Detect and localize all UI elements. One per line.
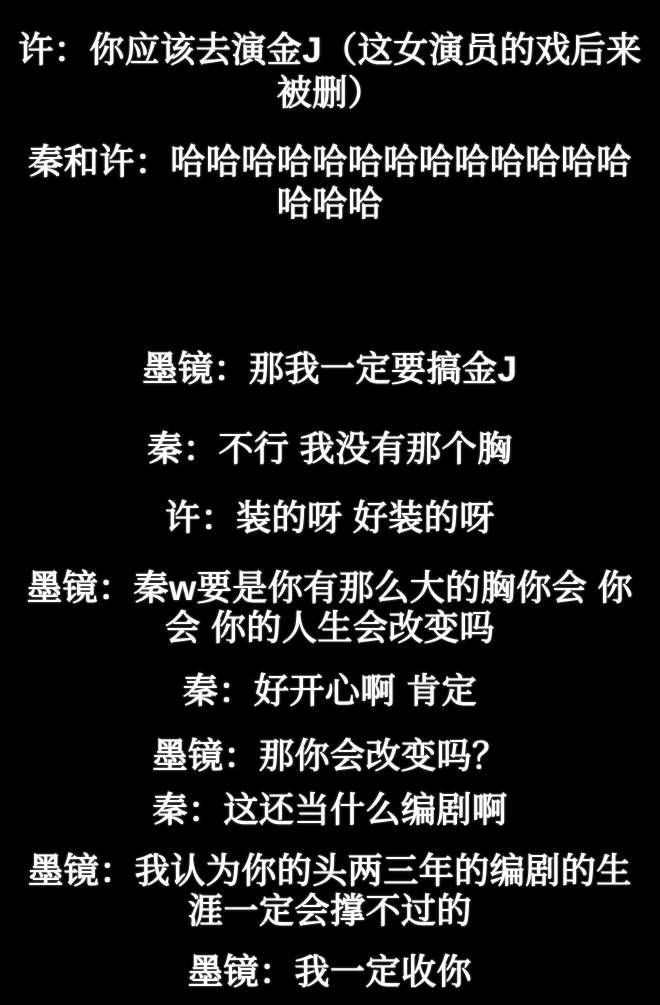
subtitle-line: 许：你应该去演金J（这女演员的戏后来 (0, 31, 660, 70)
subtitle-line: 被删） (0, 74, 660, 113)
subtitle-line: 墨镜：我认为你的头两三年的编剧的生 (0, 852, 660, 891)
subtitle-collage-canvas: 许：你应该去演金J（这女演员的戏后来 被删） 秦和许：哈哈哈哈哈哈哈哈哈哈哈哈哈… (0, 0, 660, 1005)
subtitle-line: 会 你的人生会改变吗 (0, 609, 660, 648)
subtitle-line: 墨镜：那你会改变吗？ (0, 737, 660, 776)
subtitle-line: 秦：不行 我没有那个胸 (0, 430, 660, 469)
subtitle-line: 秦和许：哈哈哈哈哈哈哈哈哈哈哈哈哈 (0, 143, 660, 182)
subtitle-line: 墨镜：那我一定要搞金J (0, 350, 660, 389)
subtitle-line: 哈哈哈 (0, 185, 660, 224)
subtitle-line: 墨镜：秦w要是你有那么大的胸你会 你 (0, 569, 660, 608)
subtitle-line: 秦：好开心啊 肯定 (0, 672, 660, 711)
subtitle-line: 墨镜：我一定收你 (0, 953, 660, 992)
subtitle-line: 秦：这还当什么编剧啊 (0, 791, 660, 830)
subtitle-line: 涯一定会撑不过的 (0, 892, 660, 931)
subtitle-line: 许：装的呀 好装的呀 (0, 499, 660, 538)
